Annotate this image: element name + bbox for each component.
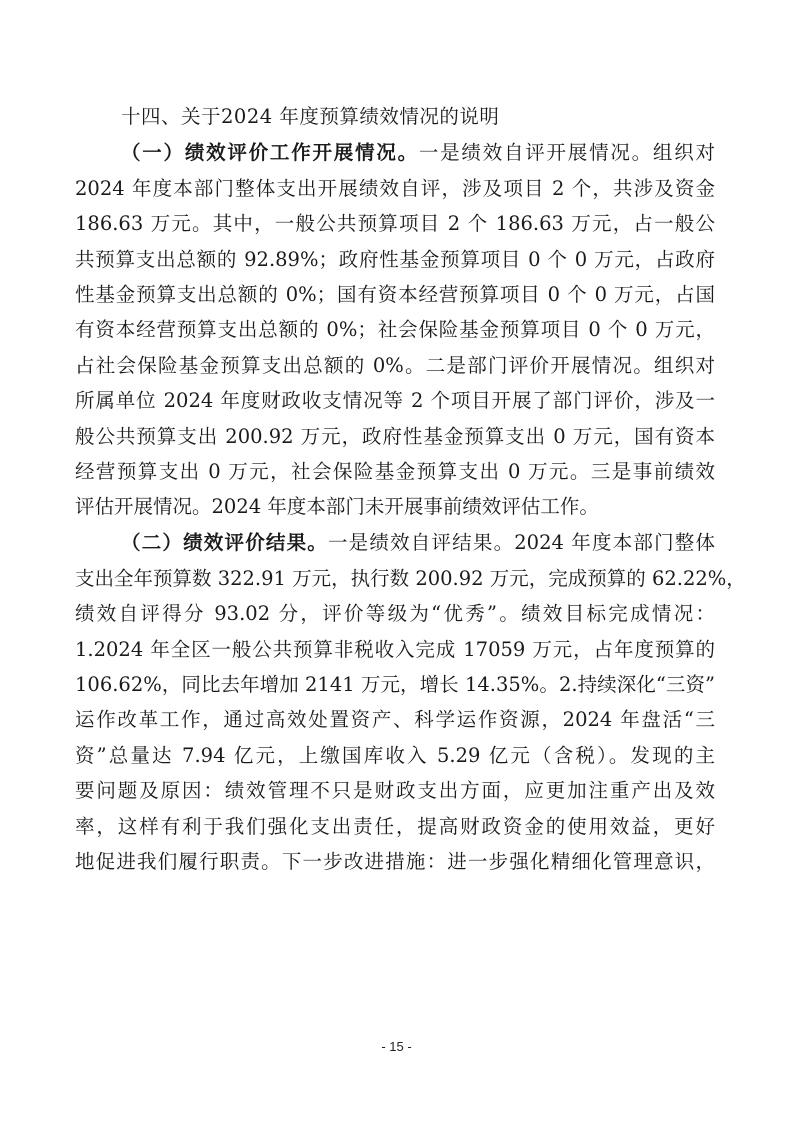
subsection-heading-2: （二）绩效评价结果。 — [121, 531, 328, 554]
paragraph-line: 2024 年度本部门整体支出开展绩效自评，涉及项目 2 个，共涉及资金 — [75, 177, 715, 201]
paragraph-line: 1.2024 年全区一般公共预算非税收入完成 17059 万元，占年度预算的 — [75, 638, 715, 662]
document-page: 十四、关于2024 年度预算绩效情况的说明 （一）绩效评价工作开展情况。一是绩效… — [0, 0, 793, 1122]
paragraph-line: 般公共预算支出 200.92 万元，政府性基金预算支出 0 万元，国有资本 — [75, 425, 715, 449]
paragraph-line: 评估开展情况。2024 年度本部门未开展事前绩效评估工作。 — [75, 495, 715, 519]
paragraph-line: 186.63 万元。其中，一般公共预算项目 2 个 186.63 万元，占一般公 — [75, 212, 715, 236]
paragraph-line: 绩效自评得分 93.02 分，评价等级为“优秀”。绩效目标完成情况： — [75, 602, 715, 626]
paragraph-line: 资”总量达 7.94 亿元，上缴国库收入 5.29 亿元（含税）。发现的主 — [75, 744, 715, 768]
paragraph-line: 地促进我们履行职责。下一步改进措施：进一步强化精细化管理意识， — [75, 850, 715, 874]
paragraph-line: 要问题及原因：绩效管理不只是财政支出方面，应更加注重产出及效 — [75, 779, 715, 803]
paragraph-line: （一）绩效评价工作开展情况。一是绩效自评开展情况。组织对 — [121, 141, 715, 165]
paragraph-line: 率，这样有利于我们强化支出责任，提高财政资金的使用效益，更好 — [75, 815, 715, 839]
paragraph-line: （二）绩效评价结果。一是绩效自评结果。2024 年度本部门整体 — [121, 531, 715, 555]
paragraph-line: 经营预算支出 0 万元，社会保险基金预算支出 0 万元。三是事前绩效 — [75, 460, 715, 484]
subsection-heading-1: （一）绩效评价工作开展情况。 — [121, 141, 419, 164]
section-title: 十四、关于2024 年度预算绩效情况的说明 — [121, 105, 499, 129]
paragraph-line: 有资本经营预算支出总额的 0%；社会保险基金预算项目 0 个 0 万元， — [75, 318, 715, 342]
paragraph-line: 共预算支出总额的 92.89%；政府性基金预算项目 0 个 0 万元，占政府 — [75, 248, 715, 272]
paragraph-line: 106.62%，同比去年增加 2141 万元，增长 14.35%。2.持续深化“… — [75, 673, 715, 697]
paragraph-line: 性基金预算支出总额的 0%；国有资本经营预算项目 0 个 0 万元，占国 — [75, 283, 715, 307]
page-number: - 15 - — [0, 1039, 793, 1054]
paragraph-line: 所属单位 2024 年度财政收支情况等 2 个项目开展了部门评价，涉及一 — [75, 389, 715, 413]
paragraph-line: 运作改革工作，通过高效处置资产、科学运作资源，2024 年盘活“三 — [75, 708, 715, 732]
paragraph-line: 支出全年预算数 322.91 万元，执行数 200.92 万元，完成预算的 62… — [75, 567, 715, 591]
paragraph-line: 占社会保险基金预算支出总额的 0%。二是部门评价开展情况。组织对 — [75, 354, 715, 378]
